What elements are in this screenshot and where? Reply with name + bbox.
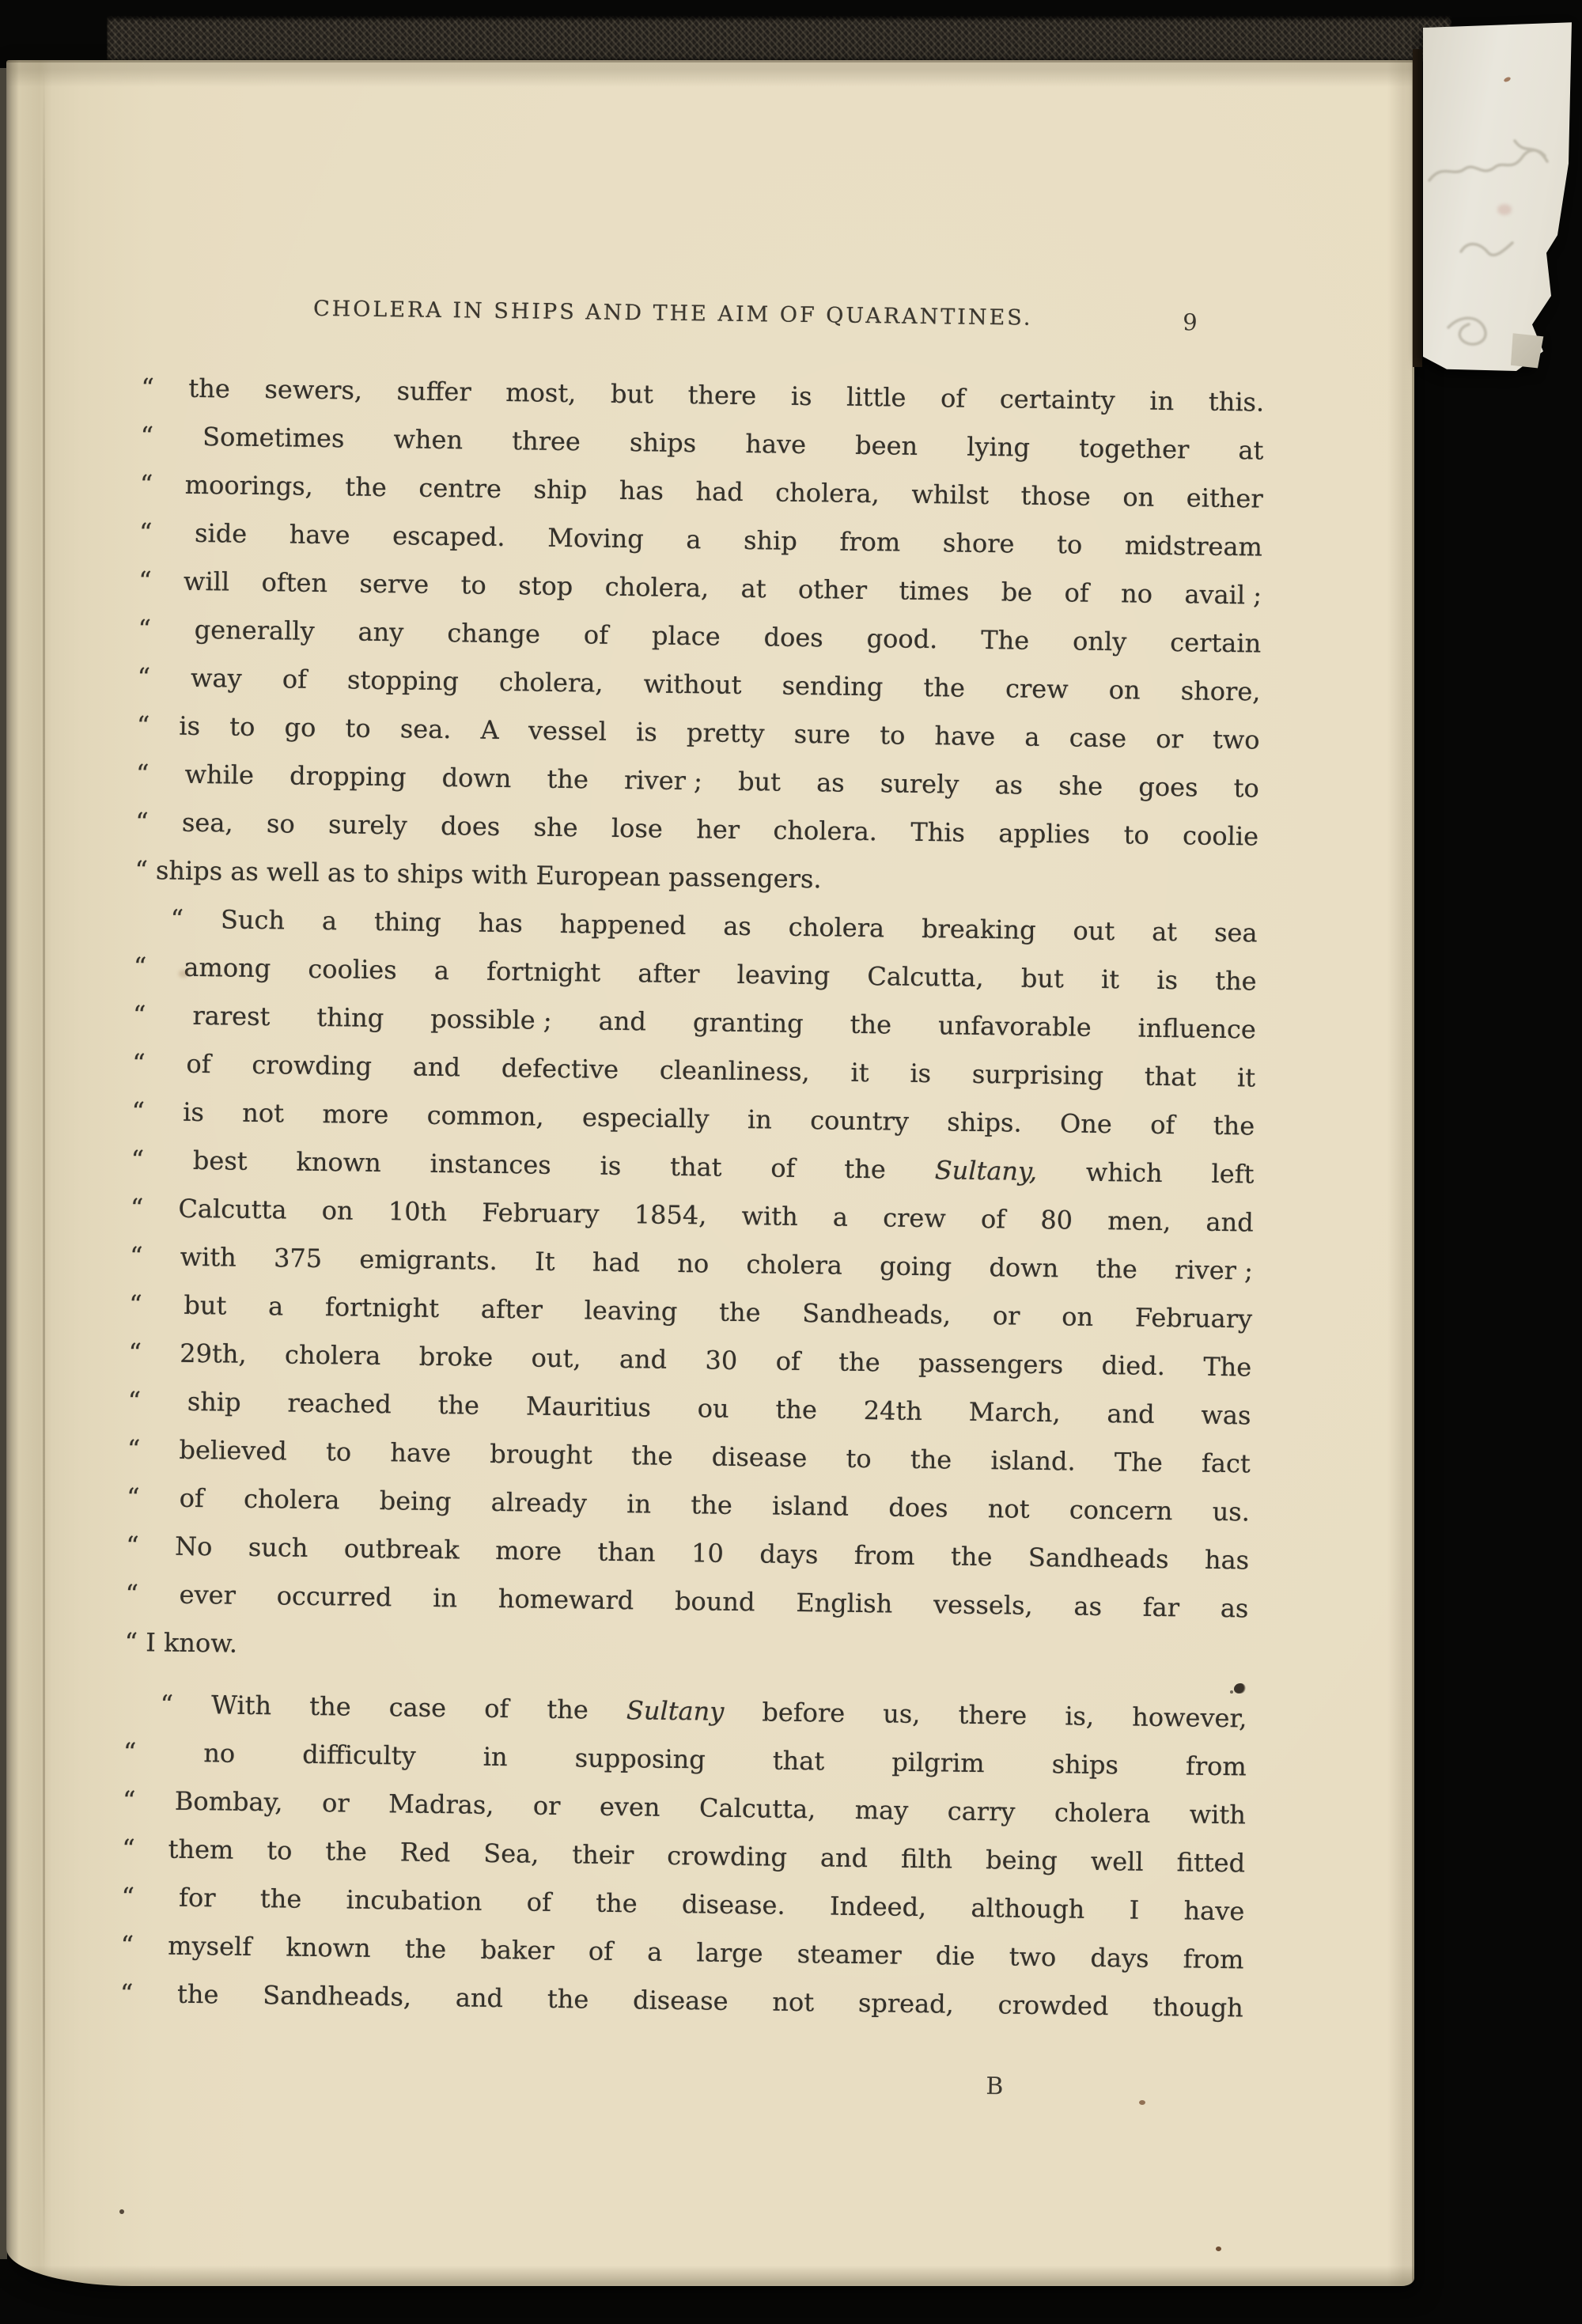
- word: common,: [426, 1092, 544, 1141]
- word: the: [325, 1827, 367, 1876]
- word: the: [188, 365, 230, 414]
- word: The: [981, 616, 1030, 665]
- word: thing: [316, 994, 384, 1043]
- word: although: [971, 1884, 1085, 1934]
- word: 80: [1040, 1196, 1073, 1245]
- word: ships.: [947, 1098, 1022, 1147]
- word: however,: [1132, 1694, 1247, 1743]
- word: river ;: [1175, 1246, 1254, 1295]
- quote-mark: “: [170, 895, 184, 944]
- word: case: [388, 1683, 446, 1732]
- word: but: [1021, 955, 1065, 1004]
- word: in: [1149, 377, 1175, 426]
- word: little: [846, 373, 906, 422]
- quote-mark: “: [140, 412, 153, 460]
- word: those: [1020, 472, 1091, 521]
- word: to: [1057, 520, 1083, 569]
- word: no: [1121, 570, 1153, 619]
- word: after: [638, 949, 700, 998]
- word: ship: [187, 1378, 241, 1427]
- word: the: [547, 755, 589, 804]
- word: generally: [194, 606, 315, 656]
- word: which: [1085, 1149, 1163, 1198]
- word: two: [1009, 1933, 1056, 1982]
- word: ou: [697, 1384, 729, 1433]
- word: crew: [883, 1194, 946, 1243]
- word: or: [533, 1782, 561, 1830]
- word: coolie: [1183, 812, 1259, 861]
- word: as: [816, 759, 845, 807]
- word: The: [1115, 1438, 1164, 1487]
- word: The: [1203, 1343, 1252, 1392]
- word: often: [261, 558, 327, 607]
- word: cleanliness,: [660, 1047, 811, 1096]
- word: sewers,: [264, 365, 362, 415]
- word: and: [1205, 1198, 1254, 1247]
- word: centre: [418, 464, 501, 513]
- word: disease: [633, 1976, 729, 2026]
- quote-mark: “: [132, 1039, 146, 1088]
- word: no: [677, 1240, 710, 1289]
- word: known: [296, 1138, 381, 1187]
- word: she: [533, 804, 578, 853]
- word: serve: [359, 560, 429, 609]
- word: is: [1156, 956, 1178, 1005]
- word: fact: [1202, 1440, 1251, 1489]
- word: on: [1122, 473, 1155, 522]
- word: incubation: [346, 1876, 483, 1926]
- word: Calcutta,: [867, 952, 984, 1002]
- word: influence: [1137, 1005, 1256, 1054]
- word: passengers.: [668, 862, 822, 895]
- word: cholera,: [604, 563, 709, 613]
- word: her: [696, 805, 740, 854]
- word: surely: [328, 801, 407, 850]
- word: not: [987, 1485, 1030, 1534]
- word: rarest: [192, 992, 271, 1041]
- word: does: [763, 613, 823, 662]
- word: well: [1090, 1838, 1144, 1887]
- word: filth: [901, 1835, 953, 1884]
- word: English: [796, 1579, 893, 1629]
- word: without: [643, 660, 742, 710]
- word: already: [490, 1478, 587, 1528]
- word: myself: [168, 1922, 252, 1971]
- word: Sandheads,: [802, 1289, 952, 1339]
- word: 10th: [388, 1187, 448, 1236]
- page-edge-shadow: [0, 68, 7, 2259]
- word: of: [1150, 1101, 1175, 1149]
- word: 1854,: [634, 1190, 706, 1240]
- word: disease: [711, 1433, 807, 1483]
- word: has: [478, 899, 523, 948]
- word: island: [772, 1482, 850, 1531]
- quote-mark: “: [160, 1680, 173, 1728]
- word: leaving: [584, 1286, 677, 1336]
- word: possible ;: [430, 995, 552, 1045]
- word: the: [259, 1875, 301, 1924]
- word: in: [747, 1096, 773, 1144]
- quote-mark: “: [127, 1377, 141, 1425]
- word: it: [1101, 956, 1120, 1004]
- word: defective: [501, 1044, 619, 1094]
- word: does: [888, 1483, 948, 1532]
- word: them: [168, 1826, 234, 1875]
- word: is,: [1065, 1692, 1095, 1740]
- word: died.: [1101, 1342, 1165, 1391]
- word: crowding: [252, 1041, 372, 1091]
- word: to: [326, 1428, 352, 1476]
- word: ship: [533, 465, 588, 514]
- word: steamer: [797, 1930, 902, 1980]
- word: such: [248, 1523, 308, 1573]
- word: more: [495, 1527, 562, 1576]
- word: not: [772, 1978, 815, 2027]
- word: is: [179, 702, 200, 751]
- word: the: [547, 1686, 589, 1735]
- word: lose: [611, 804, 664, 854]
- word: but: [184, 1281, 227, 1330]
- word: when: [393, 415, 463, 464]
- word: the: [547, 1975, 589, 2024]
- word: thing: [374, 898, 442, 947]
- word: the: [631, 1432, 673, 1481]
- word: of: [179, 1474, 204, 1523]
- quote-mark: “: [121, 1873, 134, 1921]
- word: other: [798, 566, 868, 615]
- word: passengers: [918, 1339, 1064, 1389]
- word: has: [1205, 1536, 1250, 1585]
- word: A: [480, 706, 499, 755]
- quote-mark: “: [141, 364, 154, 412]
- word: It: [535, 1238, 555, 1286]
- word: of: [981, 1195, 1006, 1243]
- word: of: [484, 1685, 509, 1733]
- word: us,: [883, 1690, 921, 1739]
- word: only: [1073, 617, 1127, 666]
- word: stop: [518, 562, 573, 611]
- word: Bombay,: [175, 1777, 283, 1827]
- word: being: [379, 1477, 452, 1526]
- pencil-handwriting-marks: [1418, 21, 1576, 378]
- word: two: [1213, 716, 1260, 765]
- word: a: [647, 1928, 663, 1977]
- word: brought: [490, 1430, 592, 1480]
- word: 24th: [863, 1387, 922, 1436]
- word: with: [741, 1192, 798, 1241]
- word: that: [670, 1143, 722, 1192]
- quote-mark: “: [139, 460, 153, 509]
- ship-name-italic: Sultany,: [934, 1146, 1037, 1196]
- word: the: [951, 1533, 993, 1582]
- word: been: [855, 422, 918, 471]
- word: as: [1073, 1583, 1102, 1631]
- word: the: [691, 1481, 732, 1530]
- word: ships: [156, 855, 223, 886]
- word: applies: [998, 809, 1091, 859]
- word: that: [1144, 1053, 1196, 1102]
- word: of: [526, 1879, 551, 1927]
- word: to: [846, 1435, 872, 1483]
- gutter-crease: [43, 68, 45, 2275]
- word: March,: [968, 1388, 1061, 1438]
- quote-mark: “: [138, 557, 152, 605]
- word: and: [598, 997, 646, 1047]
- word: days: [759, 1530, 819, 1579]
- word: that: [772, 1737, 824, 1786]
- word: to: [1123, 811, 1149, 859]
- quote-mark: “: [131, 1088, 145, 1136]
- quote-mark: “: [120, 1921, 134, 1970]
- word: instances: [430, 1140, 551, 1190]
- word: than: [597, 1528, 656, 1577]
- word: surprising: [972, 1050, 1104, 1100]
- word: as: [1220, 1584, 1248, 1633]
- word: happened: [559, 900, 686, 950]
- word: of: [588, 1928, 613, 1976]
- word: especially: [582, 1093, 710, 1143]
- word: escaped.: [392, 512, 505, 562]
- word: case: [1069, 713, 1126, 763]
- word: Red: [399, 1828, 450, 1877]
- word: Mauritius: [525, 1382, 651, 1432]
- word: the: [1215, 957, 1257, 1006]
- word: granting: [693, 998, 804, 1048]
- word: crowding: [667, 1832, 787, 1882]
- word: island.: [990, 1436, 1076, 1486]
- word: side: [195, 509, 248, 558]
- word: at: [1152, 908, 1178, 956]
- quote-mark: “: [136, 702, 149, 750]
- word: Calcutta,: [699, 1784, 816, 1834]
- page-number: 9: [1183, 308, 1198, 335]
- word: us.: [1212, 1488, 1250, 1537]
- word: change: [447, 609, 540, 659]
- word: there: [687, 371, 756, 420]
- word: of: [775, 1338, 800, 1386]
- word: and: [820, 1834, 869, 1883]
- word: best: [193, 1137, 248, 1186]
- word: This: [910, 808, 965, 857]
- word: as: [327, 857, 356, 888]
- paper-speck: [119, 2209, 124, 2214]
- word: the: [345, 463, 387, 512]
- word: cholera: [1054, 1788, 1151, 1838]
- word: together: [1079, 425, 1190, 475]
- word: any: [358, 608, 404, 657]
- word: cholera,: [499, 658, 604, 708]
- word: broke: [418, 1333, 493, 1382]
- word: as: [230, 857, 259, 887]
- book-cover-cloth-edge: [107, 16, 1451, 62]
- word: no: [203, 1729, 236, 1778]
- quote-mark: “: [134, 855, 148, 885]
- word: to: [880, 711, 906, 759]
- word: left: [1211, 1150, 1255, 1199]
- word: supposing: [574, 1734, 706, 1784]
- word: was: [1201, 1391, 1251, 1440]
- word: on: [1062, 1293, 1094, 1342]
- word: among: [184, 944, 271, 993]
- running-header: CHOLERA IN SHIPS AND THE AIM OF QUARANTI…: [142, 294, 1266, 339]
- word: in: [626, 1480, 652, 1528]
- word: after: [480, 1285, 543, 1334]
- word: sea.: [399, 705, 451, 754]
- word: go: [284, 703, 316, 752]
- word: the: [1096, 1245, 1137, 1294]
- word: cholera.: [773, 806, 877, 856]
- word: I: [146, 1627, 156, 1657]
- word: of: [940, 374, 966, 422]
- word: No: [175, 1523, 213, 1572]
- word: vessels,: [933, 1580, 1033, 1630]
- word: of: [282, 655, 307, 703]
- word: the: [437, 1381, 479, 1430]
- word: had: [695, 467, 744, 517]
- word: either: [1186, 474, 1263, 523]
- word: in: [433, 1574, 458, 1622]
- word: times: [899, 567, 970, 616]
- word: river ;: [624, 756, 703, 805]
- quote-mark: “: [133, 943, 146, 991]
- word: will: [184, 558, 230, 607]
- word: dropping: [290, 751, 407, 801]
- word: even: [600, 1783, 660, 1832]
- word: in: [483, 1733, 508, 1781]
- word: certain: [1170, 619, 1262, 668]
- word: goes: [1138, 763, 1198, 812]
- word: know.: [164, 1628, 238, 1659]
- word: the: [910, 1436, 952, 1485]
- word: fortnight: [486, 948, 601, 997]
- word: the: [177, 1970, 219, 2019]
- word: Madras,: [388, 1780, 494, 1830]
- quote-mark: “: [137, 653, 150, 702]
- word: cholera: [788, 903, 884, 953]
- word: a: [268, 1282, 284, 1330]
- quote-mark: “: [133, 991, 146, 1039]
- word: with: [180, 1233, 237, 1282]
- word: Sandheads,: [263, 1971, 412, 2021]
- word: homeward: [498, 1575, 634, 1625]
- word: cholera: [746, 1240, 842, 1290]
- word: to: [267, 1826, 293, 1875]
- pink-smudge: [1497, 204, 1512, 215]
- word: Sometimes: [202, 413, 345, 463]
- paper-smudge: [179, 970, 188, 978]
- word: difficulty: [302, 1731, 416, 1781]
- word: avail ;: [1184, 570, 1262, 619]
- word: lying: [967, 423, 1030, 472]
- word: a: [1024, 713, 1040, 762]
- word: the: [775, 1386, 817, 1435]
- word: With: [211, 1681, 272, 1730]
- word: have: [289, 510, 350, 559]
- word: 30: [705, 1336, 738, 1385]
- quote-mark: “: [130, 1184, 143, 1232]
- book-page: CHOLERA IN SHIPS AND THE AIM OF QUARANTI…: [6, 60, 1414, 2286]
- word: outbreak: [343, 1524, 460, 1574]
- word: she: [1058, 762, 1103, 811]
- word: but: [611, 370, 654, 419]
- word: to: [460, 561, 486, 609]
- word: is: [636, 708, 657, 756]
- word: country: [810, 1096, 909, 1146]
- word: as: [994, 761, 1023, 809]
- word: Moving: [547, 514, 644, 564]
- word: midstream: [1125, 521, 1263, 571]
- word: fitted: [1176, 1838, 1245, 1887]
- word: and: [455, 1974, 503, 2023]
- word: from: [1183, 1935, 1244, 1984]
- word: I: [1129, 1887, 1139, 1935]
- word: but: [738, 758, 782, 807]
- word: ships: [1051, 1740, 1118, 1789]
- word: moorings,: [184, 461, 313, 511]
- page-title: CHOLERA IN SHIPS AND THE AIM OF QUARANTI…: [313, 297, 1033, 331]
- word: sending: [782, 662, 884, 712]
- word: coolies: [308, 945, 397, 994]
- quote-mark: “: [138, 605, 151, 653]
- word: Such: [221, 895, 286, 944]
- word: to: [345, 704, 371, 752]
- word: sea,: [182, 799, 233, 848]
- word: on: [1108, 666, 1141, 715]
- quote-mark: “: [130, 1232, 143, 1281]
- word: from: [839, 518, 901, 567]
- quote-mark: “: [128, 1329, 142, 1377]
- word: breaking: [922, 905, 1036, 955]
- word: sure: [793, 710, 850, 759]
- word: the: [838, 1338, 880, 1387]
- word: a: [833, 1194, 849, 1242]
- word: way: [191, 654, 242, 703]
- quote-mark: “: [127, 1425, 140, 1474]
- word: place: [652, 611, 721, 660]
- word: at: [1238, 426, 1264, 475]
- word: cholera: [285, 1330, 381, 1380]
- word: a: [433, 947, 449, 995]
- word: down: [989, 1243, 1059, 1293]
- word: at: [740, 565, 766, 613]
- word: cholera,: [775, 468, 880, 518]
- word: is: [600, 1142, 621, 1190]
- word: baker: [480, 1926, 554, 1975]
- word: February: [1135, 1294, 1253, 1344]
- word: occurred: [276, 1572, 392, 1622]
- word: good.: [866, 615, 937, 664]
- word: pilgrim: [891, 1739, 985, 1788]
- word: their: [572, 1830, 634, 1879]
- word: have: [1183, 1887, 1244, 1936]
- word: from: [1186, 1742, 1247, 1791]
- word: before: [762, 1688, 846, 1737]
- paper-speck: [1139, 2100, 1145, 2105]
- word: from: [853, 1531, 915, 1580]
- word: it: [1237, 1054, 1256, 1102]
- word: may: [854, 1786, 908, 1835]
- word: going: [880, 1242, 952, 1291]
- body-text: “thesewers,suffermost,butthereislittleof…: [119, 364, 1264, 2032]
- word: is: [183, 1088, 204, 1137]
- word: ships: [397, 858, 464, 889]
- word: pretty: [687, 709, 765, 758]
- torn-paper-fragment: [1418, 21, 1576, 378]
- paper-speck: [1216, 2246, 1221, 2251]
- quote-mark: “: [127, 1474, 140, 1522]
- word: a: [686, 516, 702, 564]
- word: the: [404, 1925, 446, 1974]
